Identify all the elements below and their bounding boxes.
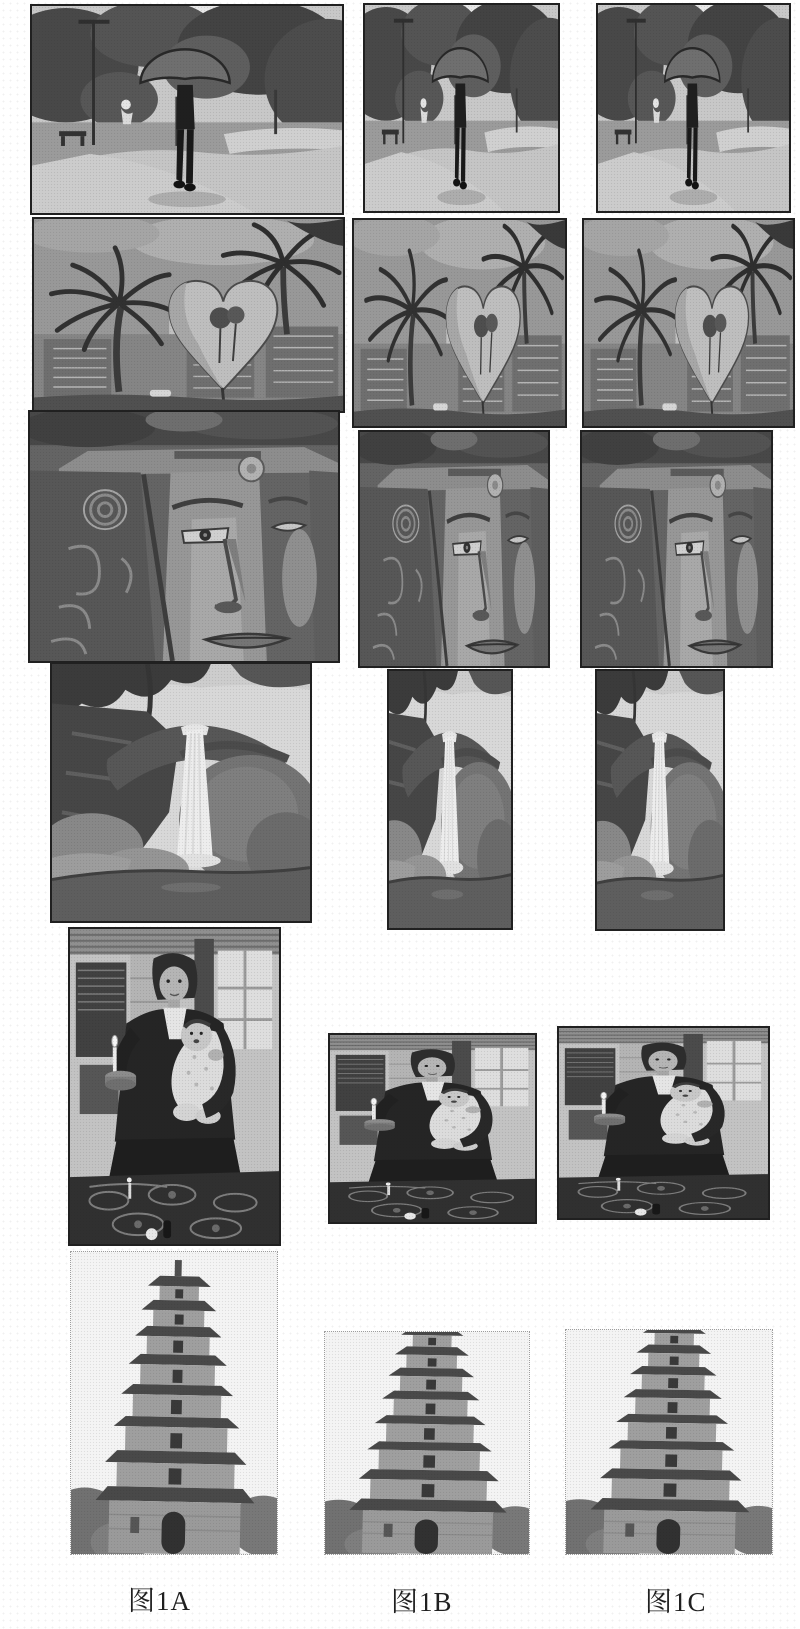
photo-waterfall-1a — [50, 662, 312, 923]
photo-heart-sculpture-1a — [32, 217, 345, 413]
photo-mother-baby-1b — [328, 1033, 537, 1224]
figure-label-1c: 图1C — [645, 1580, 707, 1619]
photo-mother-baby-1c — [557, 1026, 770, 1220]
photo-canvas — [330, 1035, 535, 1222]
photo-canvas — [598, 5, 789, 211]
photo-heart-sculpture-1b — [352, 218, 567, 428]
photo-umbrella-walk-1b — [363, 3, 560, 213]
figure-label-1b: 图1B — [391, 1580, 453, 1619]
photo-mother-baby-1a — [68, 927, 281, 1246]
photo-canvas — [34, 219, 343, 411]
photo-umbrella-walk-1c — [596, 3, 791, 213]
photo-buddha-face-1c — [580, 430, 773, 668]
photo-buddha-face-1b — [358, 430, 550, 668]
photo-canvas — [559, 1028, 768, 1218]
photo-canvas — [70, 929, 279, 1244]
photo-canvas — [389, 671, 511, 928]
photo-canvas — [32, 6, 342, 213]
photo-canvas — [582, 432, 771, 666]
photo-umbrella-walk-1a — [30, 4, 344, 215]
photo-pagoda-1c — [565, 1329, 773, 1555]
photo-pagoda-1a — [70, 1251, 278, 1555]
photo-canvas — [30, 412, 338, 661]
photo-canvas — [52, 664, 310, 921]
photo-canvas — [360, 432, 548, 666]
photo-buddha-face-1a — [28, 410, 340, 663]
photo-heart-sculpture-1c — [582, 218, 795, 428]
photo-canvas — [584, 220, 793, 426]
photo-canvas — [566, 1330, 772, 1554]
photo-pagoda-1b — [324, 1331, 530, 1555]
figure-label-1a: 图1A — [128, 1579, 191, 1618]
photo-canvas — [354, 220, 565, 426]
photo-canvas — [365, 5, 558, 211]
photo-waterfall-1c — [595, 669, 725, 931]
patent-figure-page: 图1A 图1B 图1C — [0, 0, 800, 1629]
photo-canvas — [71, 1252, 277, 1554]
photo-canvas — [597, 671, 723, 929]
photo-canvas — [325, 1332, 529, 1554]
photo-waterfall-1b — [387, 669, 513, 930]
